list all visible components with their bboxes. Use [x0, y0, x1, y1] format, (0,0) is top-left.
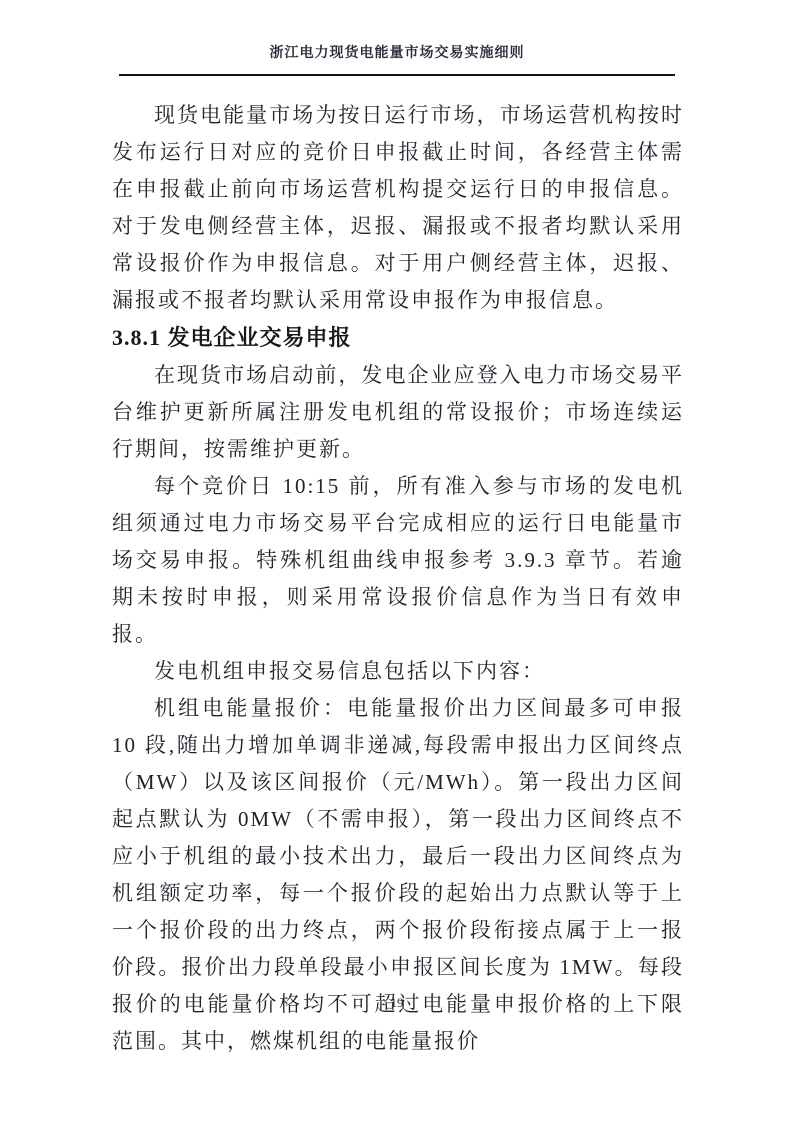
page-number: 19	[391, 995, 404, 1010]
page-header: 浙江电力现货电能量市场交易实施细则	[119, 44, 675, 64]
page-footer: 19	[0, 994, 794, 1012]
paragraph-bidding-deadline: 每个竞价日 10:15 前，所有准入参与市场的发电机组须通过电力市场交易平台完成…	[112, 468, 684, 653]
paragraph-standing-offer-maintenance: 在现货市场启动前，发电企业应登入电力市场交易平台维护更新所属注册发电机组的常设报…	[112, 357, 684, 468]
header-divider	[119, 74, 675, 76]
section-heading-3-8-1: 3.8.1 发电企业交易申报	[112, 319, 684, 357]
paragraph-declaration-contents-intro: 发电机组申报交易信息包括以下内容：	[112, 653, 684, 690]
document-page: 浙江电力现货电能量市场交易实施细则 现货电能量市场为按日运行市场，市场运营机构按…	[0, 0, 794, 1123]
paragraph-market-overview: 现货电能量市场为按日运行市场，市场运营机构按时发布运行日对应的竞价日申报截止时间…	[112, 97, 684, 319]
document-body: 现货电能量市场为按日运行市场，市场运营机构按时发布运行日对应的竞价日申报截止时间…	[112, 97, 684, 1060]
document-header-title: 浙江电力现货电能量市场交易实施细则	[119, 44, 675, 64]
